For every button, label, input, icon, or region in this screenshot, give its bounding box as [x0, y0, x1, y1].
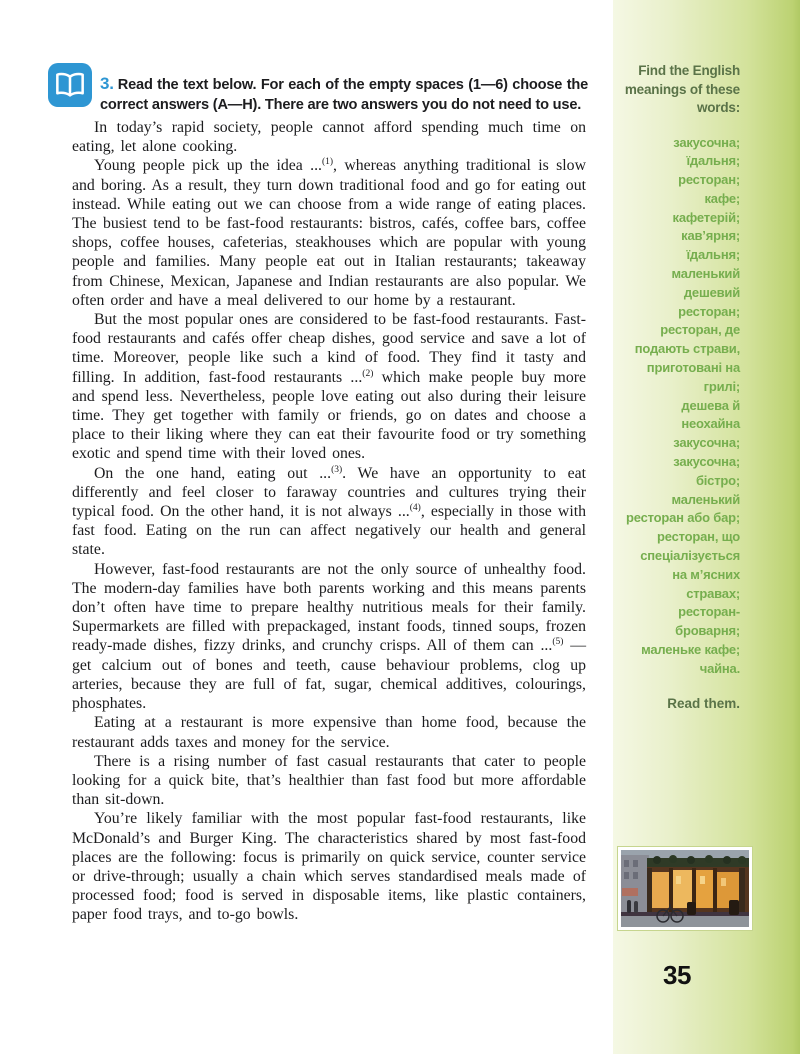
- vocab-item: ресторан-броварня;: [623, 603, 740, 641]
- sidebar-task-header: Find the English meanings of these words…: [623, 62, 740, 118]
- vocab-item: кафе;: [623, 190, 740, 209]
- vocab-item: маленький ресторан або бар;: [623, 491, 740, 529]
- restaurant-photo: [618, 847, 752, 930]
- vocab-item: кав’ярня;: [623, 227, 740, 246]
- paragraph: On the one hand, eating out ...(3). We h…: [72, 464, 586, 560]
- sidebar-task-footer: Read them.: [623, 695, 740, 714]
- blank-marker: (5): [552, 637, 563, 647]
- article-body: In today’s rapid society, people cannot …: [72, 118, 586, 925]
- exercise-instruction-text: Read the text below. For each of the emp…: [100, 77, 588, 113]
- vocab-item: ресторан;: [623, 171, 740, 190]
- vocab-item: закусочна;: [623, 453, 740, 472]
- vocab-item: бістро;: [623, 472, 740, 491]
- vocab-item: їдальня;: [623, 152, 740, 171]
- vocab-item: маленький дешевий ресторан;: [623, 265, 740, 321]
- vocab-item: закусочна;: [623, 134, 740, 153]
- blank-marker: (3): [331, 465, 342, 475]
- vocab-list: закусочна;їдальня;ресторан;кафе;кафетері…: [623, 134, 740, 679]
- vocab-item: кафетерій;: [623, 209, 740, 228]
- paragraph: Eating at a restaurant is more expensive…: [72, 713, 586, 751]
- paragraph: But the most popular ones are considered…: [72, 310, 586, 464]
- exercise-number: 3.: [100, 74, 118, 93]
- blank-marker: (1): [322, 157, 333, 167]
- paragraph: You’re likely familiar with the most pop…: [72, 809, 586, 924]
- blank-marker: (2): [362, 369, 373, 379]
- vocab-item: ресторан, де подають страви, приготовані…: [623, 321, 740, 396]
- exercise-instruction: 3.Read the text below. For each of the e…: [100, 74, 588, 115]
- open-book-icon: [48, 63, 92, 107]
- paragraph: There is a rising number of fast casual …: [72, 752, 586, 810]
- paragraph: Young people pick up the idea ...(1), wh…: [72, 156, 586, 310]
- blank-marker: (4): [410, 503, 421, 513]
- vocab-item: маленьке кафе;: [623, 641, 740, 660]
- textbook-page: 3.Read the text below. For each of the e…: [0, 0, 800, 1054]
- vocab-item: їдальня;: [623, 246, 740, 265]
- paragraph: However, fast-food restaurants are not t…: [72, 560, 586, 714]
- vocab-item: ресторан, що спеціалізується на м’ясних …: [623, 528, 740, 603]
- page-number: 35: [663, 960, 691, 991]
- sidebar: Find the English meanings of these words…: [613, 0, 800, 1054]
- vocab-item: дешева й неохайна закусочна;: [623, 397, 740, 453]
- paragraph: In today’s rapid society, people cannot …: [72, 118, 586, 156]
- vocab-item: чайна.: [623, 660, 740, 679]
